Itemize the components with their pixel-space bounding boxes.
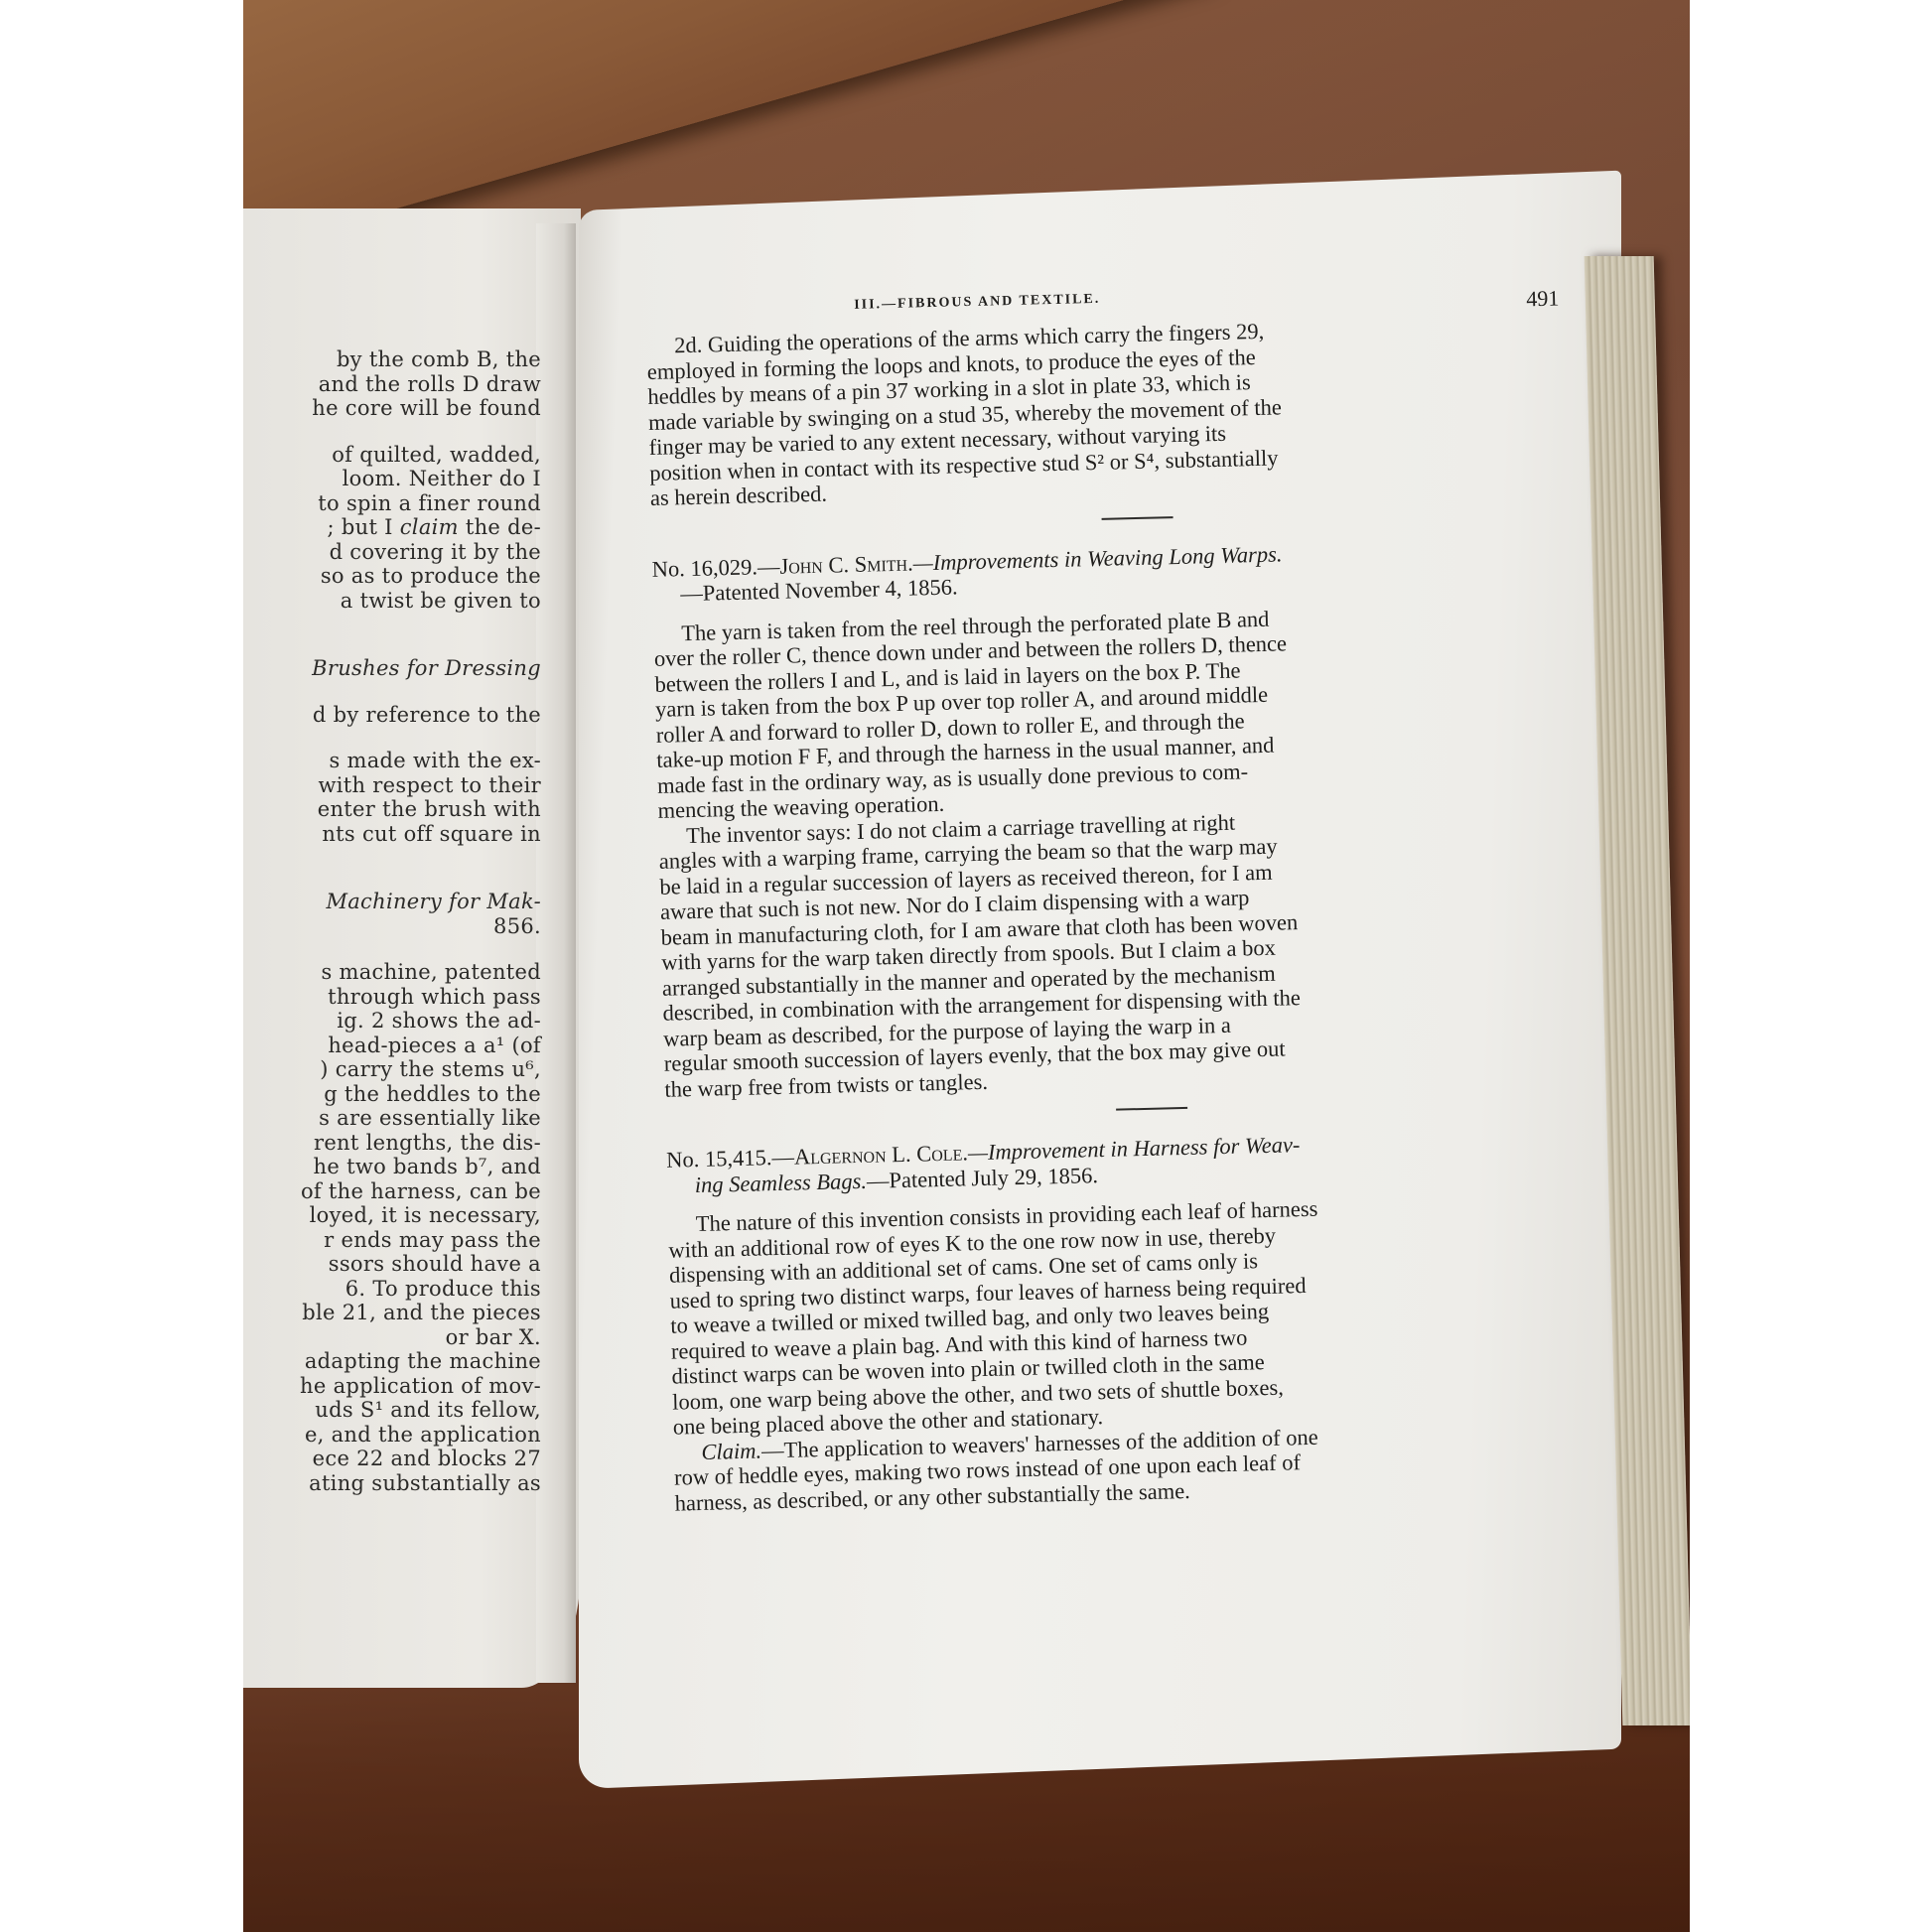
left-text-line: rent lengths, the dis- <box>243 1131 541 1156</box>
left-text-line: to spin a finer round <box>243 491 541 516</box>
continuation-paragraph: 2d. Guiding the operations of the arms w… <box>646 312 1564 511</box>
left-text-line: ig. 2 shows the ad- <box>243 1009 541 1034</box>
running-head-title: III.—FIBROUS AND TEXTILE. <box>854 287 1101 319</box>
left-text-line: he application of mov- <box>243 1374 541 1399</box>
patent-entry-body: The yarn is taken from the reel through … <box>653 599 1579 1102</box>
book-photo: by the comb B, theand the rolls D drawhe… <box>243 0 1690 1932</box>
body-paragraph: The nature of this invention consists in… <box>668 1189 1587 1440</box>
left-text-line: of quilted, wadded, <box>243 443 541 468</box>
right-page-content: III.—FIBROUS AND TEXTILE. 491 2d. Guidin… <box>645 276 1588 1516</box>
left-text-line: s made with the ex- <box>243 749 541 773</box>
patent-date: —Patented July 29, 1856. <box>867 1163 1099 1193</box>
left-text-line: s are essentially like <box>243 1106 541 1131</box>
left-text-line: nts cut off square in <box>243 822 541 847</box>
left-text-line: through which pass <box>243 985 541 1010</box>
left-text-line: and the rolls D draw <box>243 372 541 397</box>
section-divider <box>1102 516 1173 520</box>
left-text-line: uds S¹ and its fellow, <box>243 1398 541 1423</box>
left-text-line <box>243 938 541 960</box>
left-text-line: or bar X. <box>243 1325 541 1350</box>
left-text-line <box>243 634 541 656</box>
left-text-line: ) carry the stems u⁶, <box>243 1057 541 1082</box>
left-text-line: ating substantially as <box>243 1471 541 1496</box>
left-text-line: head-pieces a a¹ (of <box>243 1034 541 1058</box>
left-text-line: enter the brush with <box>243 797 541 822</box>
left-text-line: ; but I claim the de- <box>243 515 541 540</box>
inventor-name: John C. Smith. <box>779 550 913 578</box>
left-text-line <box>243 681 541 703</box>
left-text-line: s machine, patented <box>243 960 541 985</box>
left-text-line: ece 22 and blocks 27 <box>243 1447 541 1471</box>
left-text-line: so as to produce the <box>243 564 541 589</box>
inventor-name: Algernon L. Cole. <box>794 1140 969 1169</box>
left-text-line: ssors should have a <box>243 1252 541 1277</box>
left-text-line: by the comb B, the <box>243 347 541 372</box>
patent-title-continued: ing Seamless Bags. <box>695 1168 868 1196</box>
left-text-line: with respect to their <box>243 773 541 798</box>
left-text-line: he core will be found <box>243 396 541 421</box>
left-text-line: adapting the machine <box>243 1349 541 1374</box>
patent-entry-heading: No. 15,415.—Algernon L. Cole.—Improvemen… <box>666 1125 1581 1197</box>
left-text-line: e, and the application <box>243 1423 541 1448</box>
page-number: 491 <box>1526 286 1560 312</box>
patent-entry-body: The nature of this invention consists in… <box>668 1189 1587 1440</box>
left-text-line: d covering it by the <box>243 540 541 565</box>
left-text-line: of the harness, can be <box>243 1179 541 1204</box>
claim-label: Claim. <box>701 1438 761 1463</box>
left-text-line: 856. <box>243 914 541 939</box>
left-text-line: ble 21, and the pieces <box>243 1301 541 1325</box>
left-text-line <box>243 421 541 443</box>
patent-number: No. 15,415.— <box>666 1145 794 1173</box>
left-text-line <box>243 846 541 868</box>
left-text-line <box>243 613 541 634</box>
left-text-line: a twist be given to <box>243 589 541 614</box>
left-text-line <box>243 727 541 749</box>
body-paragraph: The yarn is taken from the reel through … <box>653 599 1572 823</box>
left-text-line: he two bands b⁷, and <box>243 1155 541 1179</box>
left-text-line: Machinery for Mak- <box>243 890 541 914</box>
left-text-line: loyed, it is necessary, <box>243 1203 541 1228</box>
left-text-line: Brushes for Dressing <box>243 656 541 681</box>
section-divider <box>1116 1107 1187 1111</box>
patent-entry-heading: No. 16,029.—John C. Smith.—Improvements … <box>651 534 1566 607</box>
left-text-line: d by reference to the <box>243 703 541 728</box>
body-paragraph: The inventor says: I do not claim a carr… <box>658 801 1579 1102</box>
patent-number: No. 16,029.— <box>651 553 779 581</box>
left-text-line: loom. Neither do I <box>243 467 541 491</box>
left-text-line: g the heddles to the <box>243 1082 541 1107</box>
left-text-line: r ends may pass the <box>243 1228 541 1253</box>
left-page-text: by the comb B, theand the rolls D drawhe… <box>243 347 541 1495</box>
left-text-line: 6. To produce this <box>243 1277 541 1302</box>
left-text-line <box>243 868 541 890</box>
book-gutter <box>536 223 576 1683</box>
